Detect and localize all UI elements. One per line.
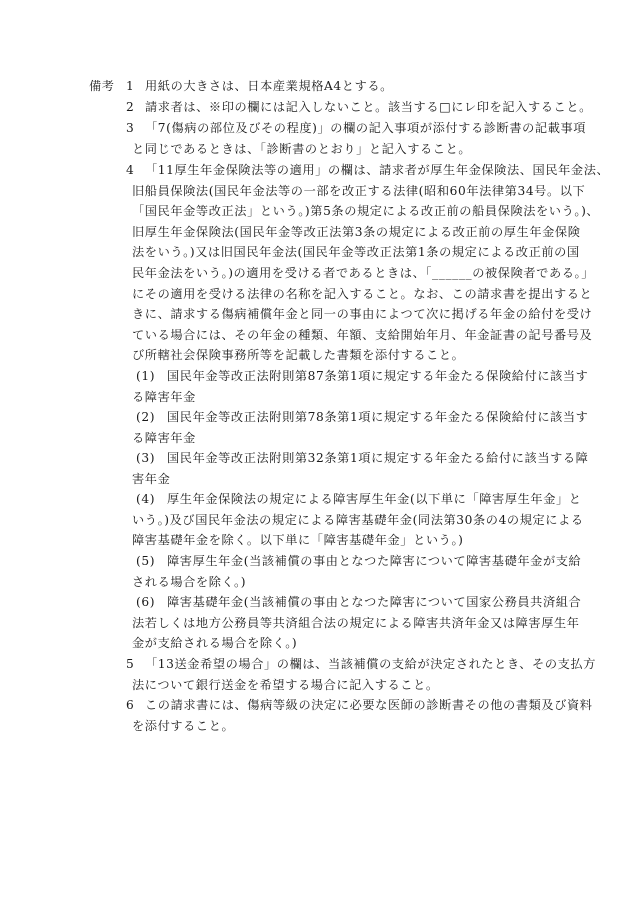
note-4-line-7: にその適用を受ける法律の名称を記入すること。なお、この請求書を提出すると bbox=[132, 286, 592, 302]
note-3-line-2: と同じであるときは、「診断書のとおり」と記入すること。 bbox=[132, 141, 471, 157]
subitem-5-number: (5) bbox=[136, 553, 155, 569]
note-1-text: 用紙の大きさは、日本産業規格A4とする。 bbox=[145, 78, 393, 94]
note-2-text: 請求者は、※印の欄には記入しないこと。該当する□にレ印を記入すること。 bbox=[145, 99, 592, 115]
note-5-line-1: 「13送金希望の場合」の欄は、当該補償の支給が決定されたとき、その支払方 bbox=[145, 656, 596, 672]
note-6-number: 6 bbox=[126, 697, 134, 713]
subitem-2-line-2: る障害年金 bbox=[132, 430, 196, 446]
note-3-line-1: 「7(傷病の部位及びその程度)」の欄の記入事項が添付する診断書の記載事項 bbox=[145, 120, 586, 136]
subitem-6-line-1: 障害基礎年金(当該補償の事由となつた障害について国家公務員共済組合 bbox=[167, 594, 581, 610]
note-4-line-5: 法をいう。)又は旧国民年金法(国民年金等改正法第1条の規定による改正前の国 bbox=[132, 244, 580, 260]
subitem-5-line-1: 障害厚生年金(当該補償の事由となつた障害について障害基礎年金が支給 bbox=[167, 553, 581, 569]
note-4-line-3: 「国民年金等改正法」という。)第5条の規定による改正前の船員保険法をいう。)、 bbox=[132, 203, 599, 219]
subitem-1-line-1: 国民年金等改正法附則第87条第1項に規定する年金たる保険給付に該当す bbox=[167, 368, 588, 384]
note-3-number: 3 bbox=[126, 120, 134, 136]
note-5-line-2: 法について銀行送金を希望する場合に記入すること。 bbox=[132, 677, 439, 693]
subitem-5-line-2: される場合を除く。) bbox=[132, 574, 246, 590]
subitem-1-line-2: る障害年金 bbox=[132, 389, 196, 405]
note-4-line-8: きに、請求する傷病補償年金と同一の事由によつて次に掲げる年金の給付を受け bbox=[132, 306, 592, 322]
note-4-line-6: 民年金法をいう。)の適用を受ける者であるときは、「______の被保険者である。… bbox=[132, 265, 594, 281]
subitem-4-line-2: いう。)及び国民年金法の規定による障害基礎年金(同法第30条の4の規定による bbox=[132, 512, 584, 528]
document-page: 備考 1 用紙の大きさは、日本産業規格A4とする。 2 請求者は、※印の欄には記… bbox=[0, 0, 630, 903]
subitem-4-line-1: 厚生年金保険法の規定による障害厚生年金(以下単に「障害厚生年金」と bbox=[167, 491, 582, 507]
subitem-6-number: (6) bbox=[136, 594, 155, 610]
subitem-3-number: (3) bbox=[136, 450, 155, 466]
note-4-line-2: 旧船員保険法(国民年金法等の一部を改正する法律(昭和60年法律第34号。以下 bbox=[132, 183, 585, 199]
subitem-4-line-3: 障害基礎年金を除く。以下単に「障害基礎年金」という。) bbox=[132, 532, 464, 548]
note-4-line-9: ている場合には、その年金の種類、年額、支給開始年月、年金証書の記号番号及 bbox=[132, 327, 592, 343]
note-4-number: 4 bbox=[126, 162, 134, 178]
subitem-1-number: (1) bbox=[136, 368, 155, 384]
subitem-4-number: (4) bbox=[136, 491, 155, 507]
subitem-3-line-1: 国民年金等改正法附則第32条第1項に規定する年金たる給付に該当する障 bbox=[167, 450, 588, 466]
subitem-2-number: (2) bbox=[136, 409, 155, 425]
subitem-6-line-3: 金が支給される場合を除く。) bbox=[132, 635, 297, 651]
note-4-line-4: 旧厚生年金保険法(国民年金等改正法第3条の規定による改正前の厚生年金保険 bbox=[132, 224, 580, 240]
note-6-line-1: この請求書には、傷病等級の決定に必要な医師の診断書その他の書類及び資料 bbox=[145, 697, 593, 713]
note-4-line-10: び所轄社会保険事務所等を記載した書類を添付すること。 bbox=[132, 347, 464, 363]
note-5-number: 5 bbox=[126, 656, 134, 672]
note-6-line-2: を添付すること。 bbox=[132, 718, 234, 734]
note-1-number: 1 bbox=[126, 78, 134, 94]
remarks-heading: 備考 bbox=[89, 78, 115, 94]
subitem-6-line-2: 法若しくは地方公務員等共済組合法の規定による障害共済年金又は障害厚生年 bbox=[132, 615, 580, 631]
subitem-3-line-2: 害年金 bbox=[132, 471, 170, 487]
note-4-line-1: 「11厚生年金保険法等の適用」の欄は、請求者が厚生年金保険法、国民年金法、 bbox=[145, 162, 609, 178]
note-2-number: 2 bbox=[126, 99, 134, 115]
subitem-2-line-1: 国民年金等改正法附則第78条第1項に規定する年金たる保険給付に該当す bbox=[167, 409, 588, 425]
